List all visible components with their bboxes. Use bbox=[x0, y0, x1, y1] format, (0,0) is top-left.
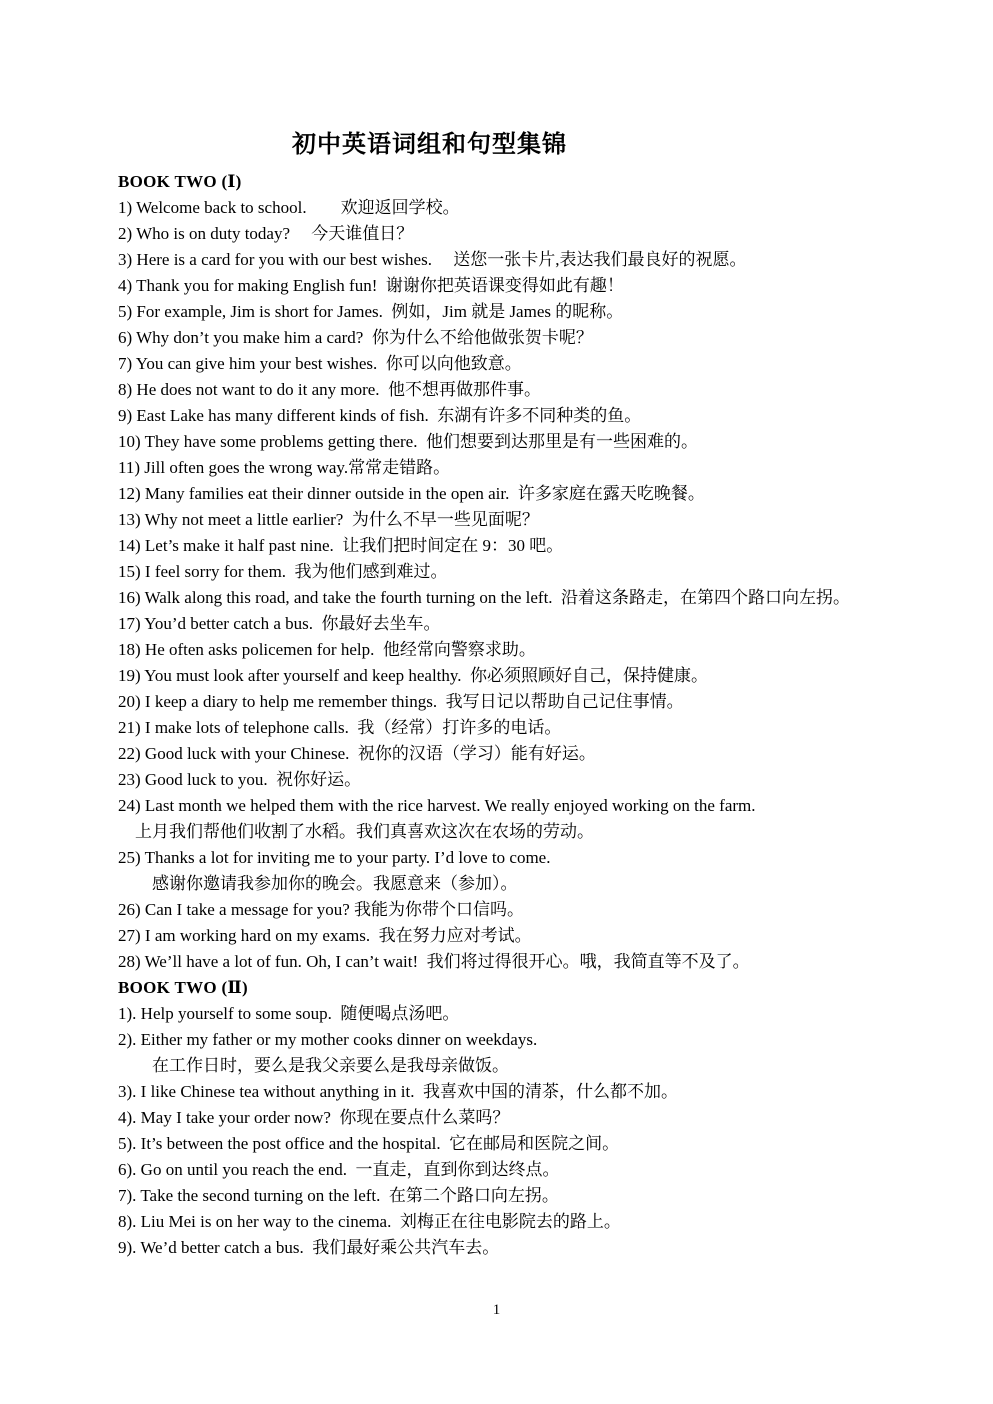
phrase-line: 3). I like Chinese tea without anything … bbox=[118, 1079, 963, 1105]
phrase-line: 6). Go on until you reach the end. 一直走，直… bbox=[118, 1157, 963, 1183]
phrase-line: 3) Here is a card for you with our best … bbox=[118, 247, 963, 273]
phrase-line: 25) Thanks a lot for inviting me to your… bbox=[118, 845, 963, 871]
phrase-line: 1). Help yourself to some soup. 随便喝点汤吧。 bbox=[118, 1001, 963, 1027]
phrase-content: BOOK TWO (Ⅰ)1) Welcome back to school. 欢… bbox=[118, 169, 963, 1261]
phrase-line: 21) I make lots of telephone calls. 我（经常… bbox=[118, 715, 963, 741]
phrase-line: 12) Many families eat their dinner outsi… bbox=[118, 481, 963, 507]
section-heading: BOOK TWO (Ⅰ) bbox=[118, 169, 963, 195]
phrase-line: 18) He often asks policemen for help. 他经… bbox=[118, 637, 963, 663]
page-number: 1 bbox=[0, 1300, 993, 1320]
document-page: 初中英语词组和句型集锦 BOOK TWO (Ⅰ)1) Welcome back … bbox=[0, 0, 993, 1404]
phrase-line: 在工作日时，要么是我父亲要么是我母亲做饭。 bbox=[118, 1053, 963, 1079]
phrase-line: 28) We’ll have a lot of fun. Oh, I can’t… bbox=[118, 949, 963, 975]
phrase-line: 23) Good luck to you. 祝你好运。 bbox=[118, 767, 963, 793]
phrase-line: 24) Last month we helped them with the r… bbox=[118, 793, 963, 819]
phrase-line: 4). May I take your order now? 你现在要点什么菜吗… bbox=[118, 1105, 963, 1131]
phrase-line: 22) Good luck with your Chinese. 祝你的汉语（学… bbox=[118, 741, 963, 767]
phrase-line: 20) I keep a diary to help me remember t… bbox=[118, 689, 963, 715]
phrase-line: 5). It’s between the post office and the… bbox=[118, 1131, 963, 1157]
phrase-line: 11) Jill often goes the wrong way.常常走错路。 bbox=[118, 455, 963, 481]
phrase-line: 4) Thank you for making English fun! 谢谢你… bbox=[118, 273, 963, 299]
phrase-line: 7). Take the second turning on the left.… bbox=[118, 1183, 963, 1209]
section-heading: BOOK TWO (Ⅱ) bbox=[118, 975, 963, 1001]
phrase-line: 19) You must look after yourself and kee… bbox=[118, 663, 963, 689]
phrase-line: 14) Let’s make it half past nine. 让我们把时间… bbox=[118, 533, 963, 559]
page-title: 初中英语词组和句型集锦 bbox=[0, 129, 859, 161]
phrase-line: 5) For example, Jim is short for James. … bbox=[118, 299, 963, 325]
phrase-line: 7) You can give him your best wishes. 你可… bbox=[118, 351, 963, 377]
phrase-line: 6) Why don’t you make him a card? 你为什么不给… bbox=[118, 325, 963, 351]
phrase-line: 感谢你邀请我参加你的晚会。我愿意来（参加）。 bbox=[118, 871, 963, 897]
phrase-line: 16) Walk along this road, and take the f… bbox=[118, 585, 963, 611]
phrase-line: 17) You’d better catch a bus. 你最好去坐车。 bbox=[118, 611, 963, 637]
phrase-line: 13) Why not meet a little earlier? 为什么不早… bbox=[118, 507, 963, 533]
phrase-line: 2). Either my father or my mother cooks … bbox=[118, 1027, 963, 1053]
phrase-line: 15) I feel sorry for them. 我为他们感到难过。 bbox=[118, 559, 963, 585]
phrase-line: 9). We’d better catch a bus. 我们最好乘公共汽车去。 bbox=[118, 1235, 963, 1261]
phrase-line: 9) East Lake has many different kinds of… bbox=[118, 403, 963, 429]
phrase-line: 27) I am working hard on my exams. 我在努力应… bbox=[118, 923, 963, 949]
phrase-line: 1) Welcome back to school. 欢迎返回学校。 bbox=[118, 195, 963, 221]
phrase-line: 10) They have some problems getting ther… bbox=[118, 429, 963, 455]
phrase-line: 8). Liu Mei is on her way to the cinema.… bbox=[118, 1209, 963, 1235]
phrase-line: 2) Who is on duty today? 今天谁值日？ bbox=[118, 221, 963, 247]
phrase-line: 上月我们帮他们收割了水稻。我们真喜欢这次在农场的劳动。 bbox=[118, 819, 963, 845]
phrase-line: 8) He does not want to do it any more. 他… bbox=[118, 377, 963, 403]
phrase-line: 26) Can I take a message for you? 我能为你带个… bbox=[118, 897, 963, 923]
